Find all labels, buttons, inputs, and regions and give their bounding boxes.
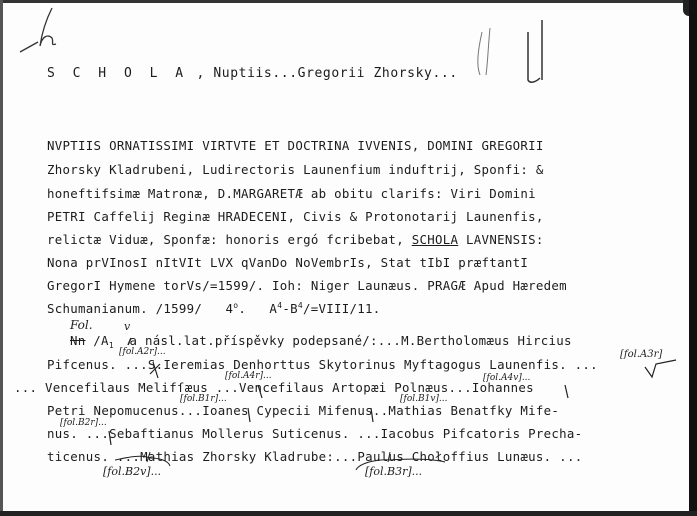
insertion-marks	[0, 0, 697, 516]
catalog-card: S C H O L A , Nuptiis...Gregorii Zhorsky…	[0, 0, 697, 516]
